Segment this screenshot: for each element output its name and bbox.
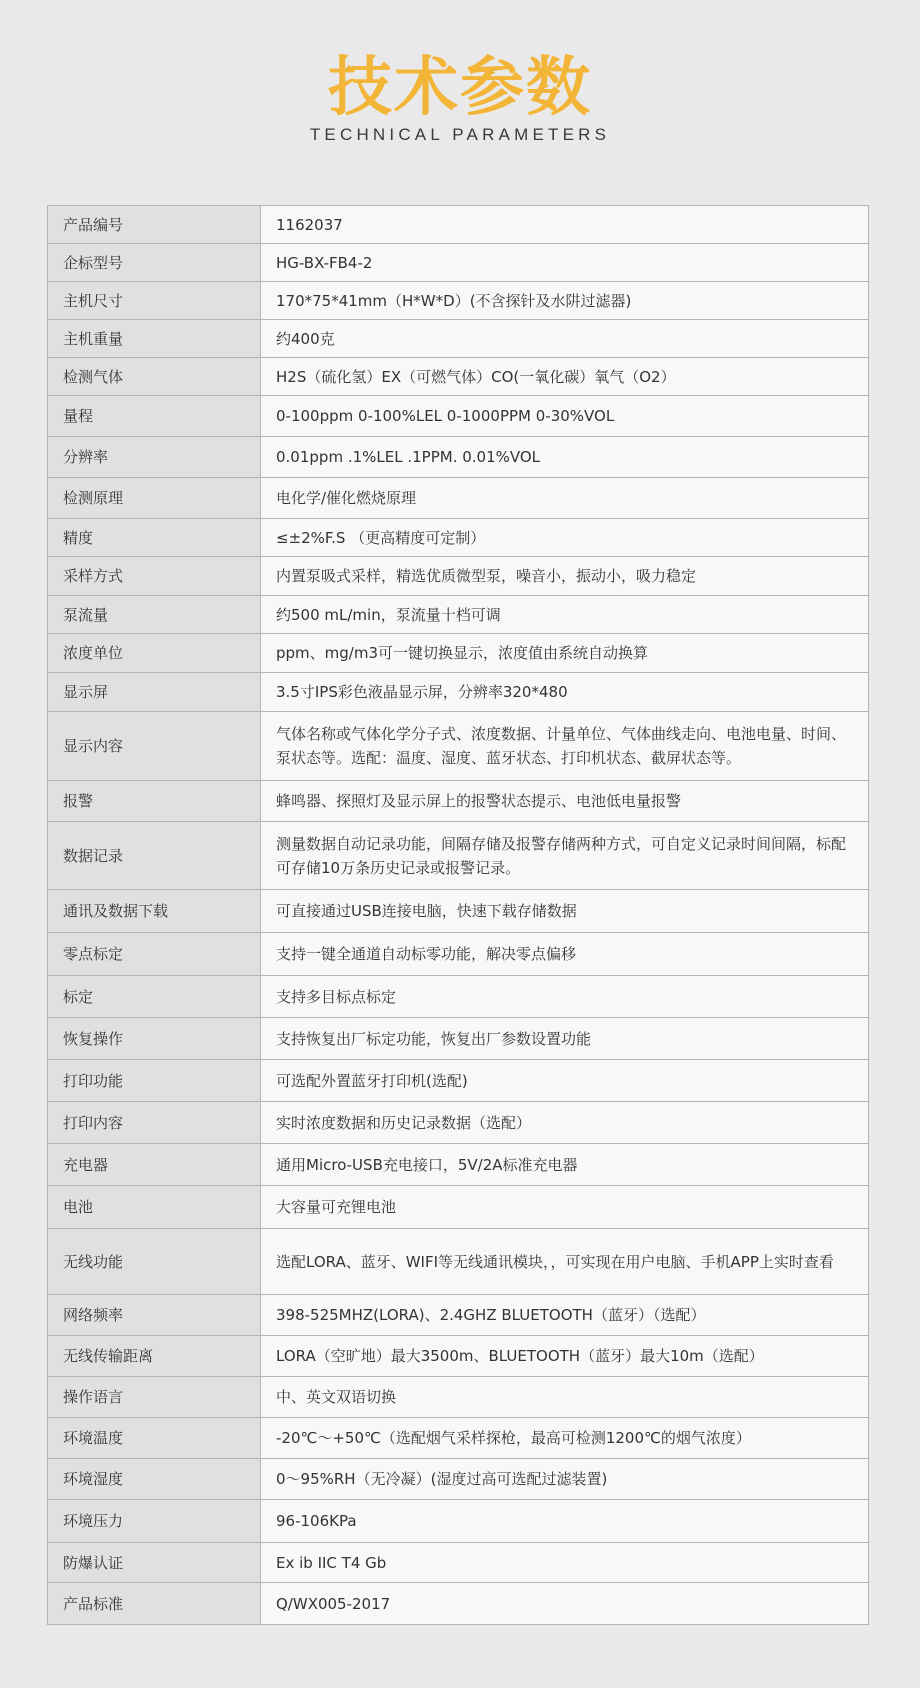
parameter-value: 内置泵吸式采样，精选优质微型泵，噪音小，振动小，吸力稳定 [261,557,869,596]
parameter-label: 检测原理 [48,478,261,519]
parameter-value: 支持一键全通道自动标零功能，解决零点偏移 [261,933,869,976]
table-row: 防爆认证Ex ib IIC T4 Gb [48,1543,869,1583]
table-row: 充电器通用Micro-USB充电接口，5V/2A标准充电器 [48,1144,869,1186]
parameter-value: 约400克 [261,320,869,358]
parameter-label: 电池 [48,1186,261,1229]
parameter-label: 量程 [48,396,261,437]
table-row: 电池大容量可充锂电池 [48,1186,869,1229]
page-title: 技术参数 [0,48,920,126]
parameter-value: 约500 mL/min，泵流量十档可调 [261,596,869,634]
parameter-value: H2S（硫化氢）EX（可燃气体）CO(一氧化碳）氧气（O2） [261,358,869,396]
parameter-value: Ex ib IIC T4 Gb [261,1543,869,1583]
parameter-label: 显示屏 [48,673,261,712]
parameter-value: 1162037 [261,206,869,244]
parameter-value: 0～95%RH（无冷凝）(湿度过高可选配过滤装置) [261,1459,869,1500]
table-row: 主机尺寸170*75*41mm（H*W*D）(不含探针及水阱过滤器) [48,282,869,320]
table-row: 打印功能可选配外置蓝牙打印机(选配) [48,1060,869,1102]
parameter-label: 分辨率 [48,437,261,478]
table-row: 环境压力96-106KPa [48,1500,869,1543]
page-header: 技术参数 TECHNICAL PARAMETERS [0,48,920,146]
parameter-label: 无线功能 [48,1229,261,1295]
parameter-value: 0-100ppm 0-100%LEL 0-1000PPM 0-30%VOL [261,396,869,437]
table-row: 网络频率398-525MHZ(LORA)、2.4GHZ BLUETOOTH（蓝牙… [48,1295,869,1336]
table-row: 操作语言中、英文双语切换 [48,1377,869,1418]
parameter-value: ppm、mg/m3可一键切换显示，浓度值由系统自动换算 [261,634,869,673]
parameter-value: 蜂鸣器、探照灯及显示屏上的报警状态提示、电池低电量报警 [261,781,869,822]
parameter-value: 可选配外置蓝牙打印机(选配) [261,1060,869,1102]
table-row: 报警蜂鸣器、探照灯及显示屏上的报警状态提示、电池低电量报警 [48,781,869,822]
table-row: 无线功能选配LORA、蓝牙、WIFI等无线通讯模块，，可实现在用户电脑、手机AP… [48,1229,869,1295]
table-row: 采样方式内置泵吸式采样，精选优质微型泵，噪音小，振动小，吸力稳定 [48,557,869,596]
parameter-value: 测量数据自动记录功能，间隔存储及报警存储两种方式，可自定义记录时间间隔，标配可存… [261,822,869,890]
table-row: 标定支持多目标点标定 [48,976,869,1018]
parameter-label: 主机尺寸 [48,282,261,320]
parameter-label: 打印内容 [48,1102,261,1144]
parameter-value: 气体名称或气体化学分子式、浓度数据、计量单位、气体曲线走向、电池电量、时间、泵状… [261,712,869,781]
table-row: 无线传输距离LORA（空旷地）最大3500m、BLUETOOTH（蓝牙）最大10… [48,1336,869,1377]
parameter-label: 零点标定 [48,933,261,976]
parameter-label: 环境湿度 [48,1459,261,1500]
table-row: 检测气体H2S（硫化氢）EX（可燃气体）CO(一氧化碳）氧气（O2） [48,358,869,396]
table-row: 量程0-100ppm 0-100%LEL 0-1000PPM 0-30%VOL [48,396,869,437]
parameter-value: ≤±2%F.S （更高精度可定制） [261,519,869,557]
parameter-label: 采样方式 [48,557,261,596]
table-row: 环境温度-20℃～+50℃（选配烟气采样探枪，最高可检测1200℃的烟气浓度） [48,1418,869,1459]
parameter-value: 0.01ppm .1%LEL .1PPM. 0.01%VOL [261,437,869,478]
parameter-value: 选配LORA、蓝牙、WIFI等无线通讯模块，，可实现在用户电脑、手机APP上实时… [261,1229,869,1295]
parameter-value: 实时浓度数据和历史记录数据（选配） [261,1102,869,1144]
parameter-value: 中、英文双语切换 [261,1377,869,1418]
parameter-label: 网络频率 [48,1295,261,1336]
table-row: 环境湿度0～95%RH（无冷凝）(湿度过高可选配过滤装置) [48,1459,869,1500]
parameter-label: 企标型号 [48,244,261,282]
parameter-label: 检测气体 [48,358,261,396]
parameter-label: 数据记录 [48,822,261,890]
parameter-label: 恢复操作 [48,1018,261,1060]
parameter-value: 3.5寸IPS彩色液晶显示屏，分辨率320*480 [261,673,869,712]
table-row: 主机重量约400克 [48,320,869,358]
parameter-value: Q/WX005-2017 [261,1583,869,1625]
parameter-label: 充电器 [48,1144,261,1186]
parameter-label: 通讯及数据下载 [48,890,261,933]
table-row: 打印内容实时浓度数据和历史记录数据（选配） [48,1102,869,1144]
parameters-table: 产品编号1162037企标型号HG-BX-FB4-2主机尺寸170*75*41m… [47,205,869,1625]
parameters-table-body: 产品编号1162037企标型号HG-BX-FB4-2主机尺寸170*75*41m… [48,206,869,1625]
table-row: 产品标准Q/WX005-2017 [48,1583,869,1625]
table-row: 显示内容气体名称或气体化学分子式、浓度数据、计量单位、气体曲线走向、电池电量、时… [48,712,869,781]
parameter-value: 支持多目标点标定 [261,976,869,1018]
parameter-value: -20℃～+50℃（选配烟气采样探枪，最高可检测1200℃的烟气浓度） [261,1418,869,1459]
table-row: 分辨率0.01ppm .1%LEL .1PPM. 0.01%VOL [48,437,869,478]
parameter-label: 产品标准 [48,1583,261,1625]
table-row: 产品编号1162037 [48,206,869,244]
table-row: 零点标定支持一键全通道自动标零功能，解决零点偏移 [48,933,869,976]
page-subtitle: TECHNICAL PARAMETERS [0,124,920,146]
parameter-label: 环境压力 [48,1500,261,1543]
parameter-value: 398-525MHZ(LORA)、2.4GHZ BLUETOOTH（蓝牙）（选配… [261,1295,869,1336]
parameter-label: 精度 [48,519,261,557]
parameter-value: 大容量可充锂电池 [261,1186,869,1229]
table-row: 数据记录测量数据自动记录功能，间隔存储及报警存储两种方式，可自定义记录时间间隔，… [48,822,869,890]
parameter-value: HG-BX-FB4-2 [261,244,869,282]
parameter-label: 无线传输距离 [48,1336,261,1377]
table-row: 显示屏3.5寸IPS彩色液晶显示屏，分辨率320*480 [48,673,869,712]
parameter-label: 主机重量 [48,320,261,358]
table-row: 浓度单位ppm、mg/m3可一键切换显示，浓度值由系统自动换算 [48,634,869,673]
parameter-label: 产品编号 [48,206,261,244]
parameter-value: 96-106KPa [261,1500,869,1543]
table-row: 泵流量约500 mL/min，泵流量十档可调 [48,596,869,634]
parameter-label: 报警 [48,781,261,822]
table-row: 恢复操作支持恢复出厂标定功能，恢复出厂参数设置功能 [48,1018,869,1060]
parameter-label: 浓度单位 [48,634,261,673]
parameter-label: 环境温度 [48,1418,261,1459]
parameter-value: 170*75*41mm（H*W*D）(不含探针及水阱过滤器) [261,282,869,320]
parameter-label: 防爆认证 [48,1543,261,1583]
table-row: 精度≤±2%F.S （更高精度可定制） [48,519,869,557]
parameter-value: 电化学/催化燃烧原理 [261,478,869,519]
parameter-label: 打印功能 [48,1060,261,1102]
parameter-label: 显示内容 [48,712,261,781]
parameter-label: 泵流量 [48,596,261,634]
parameter-label: 操作语言 [48,1377,261,1418]
parameter-value: LORA（空旷地）最大3500m、BLUETOOTH（蓝牙）最大10m（选配） [261,1336,869,1377]
parameter-value: 可直接通过USB连接电脑，快速下载存储数据 [261,890,869,933]
parameter-label: 标定 [48,976,261,1018]
table-row: 通讯及数据下载可直接通过USB连接电脑，快速下载存储数据 [48,890,869,933]
table-row: 企标型号HG-BX-FB4-2 [48,244,869,282]
parameter-value: 支持恢复出厂标定功能，恢复出厂参数设置功能 [261,1018,869,1060]
table-row: 检测原理电化学/催化燃烧原理 [48,478,869,519]
parameter-value: 通用Micro-USB充电接口，5V/2A标准充电器 [261,1144,869,1186]
